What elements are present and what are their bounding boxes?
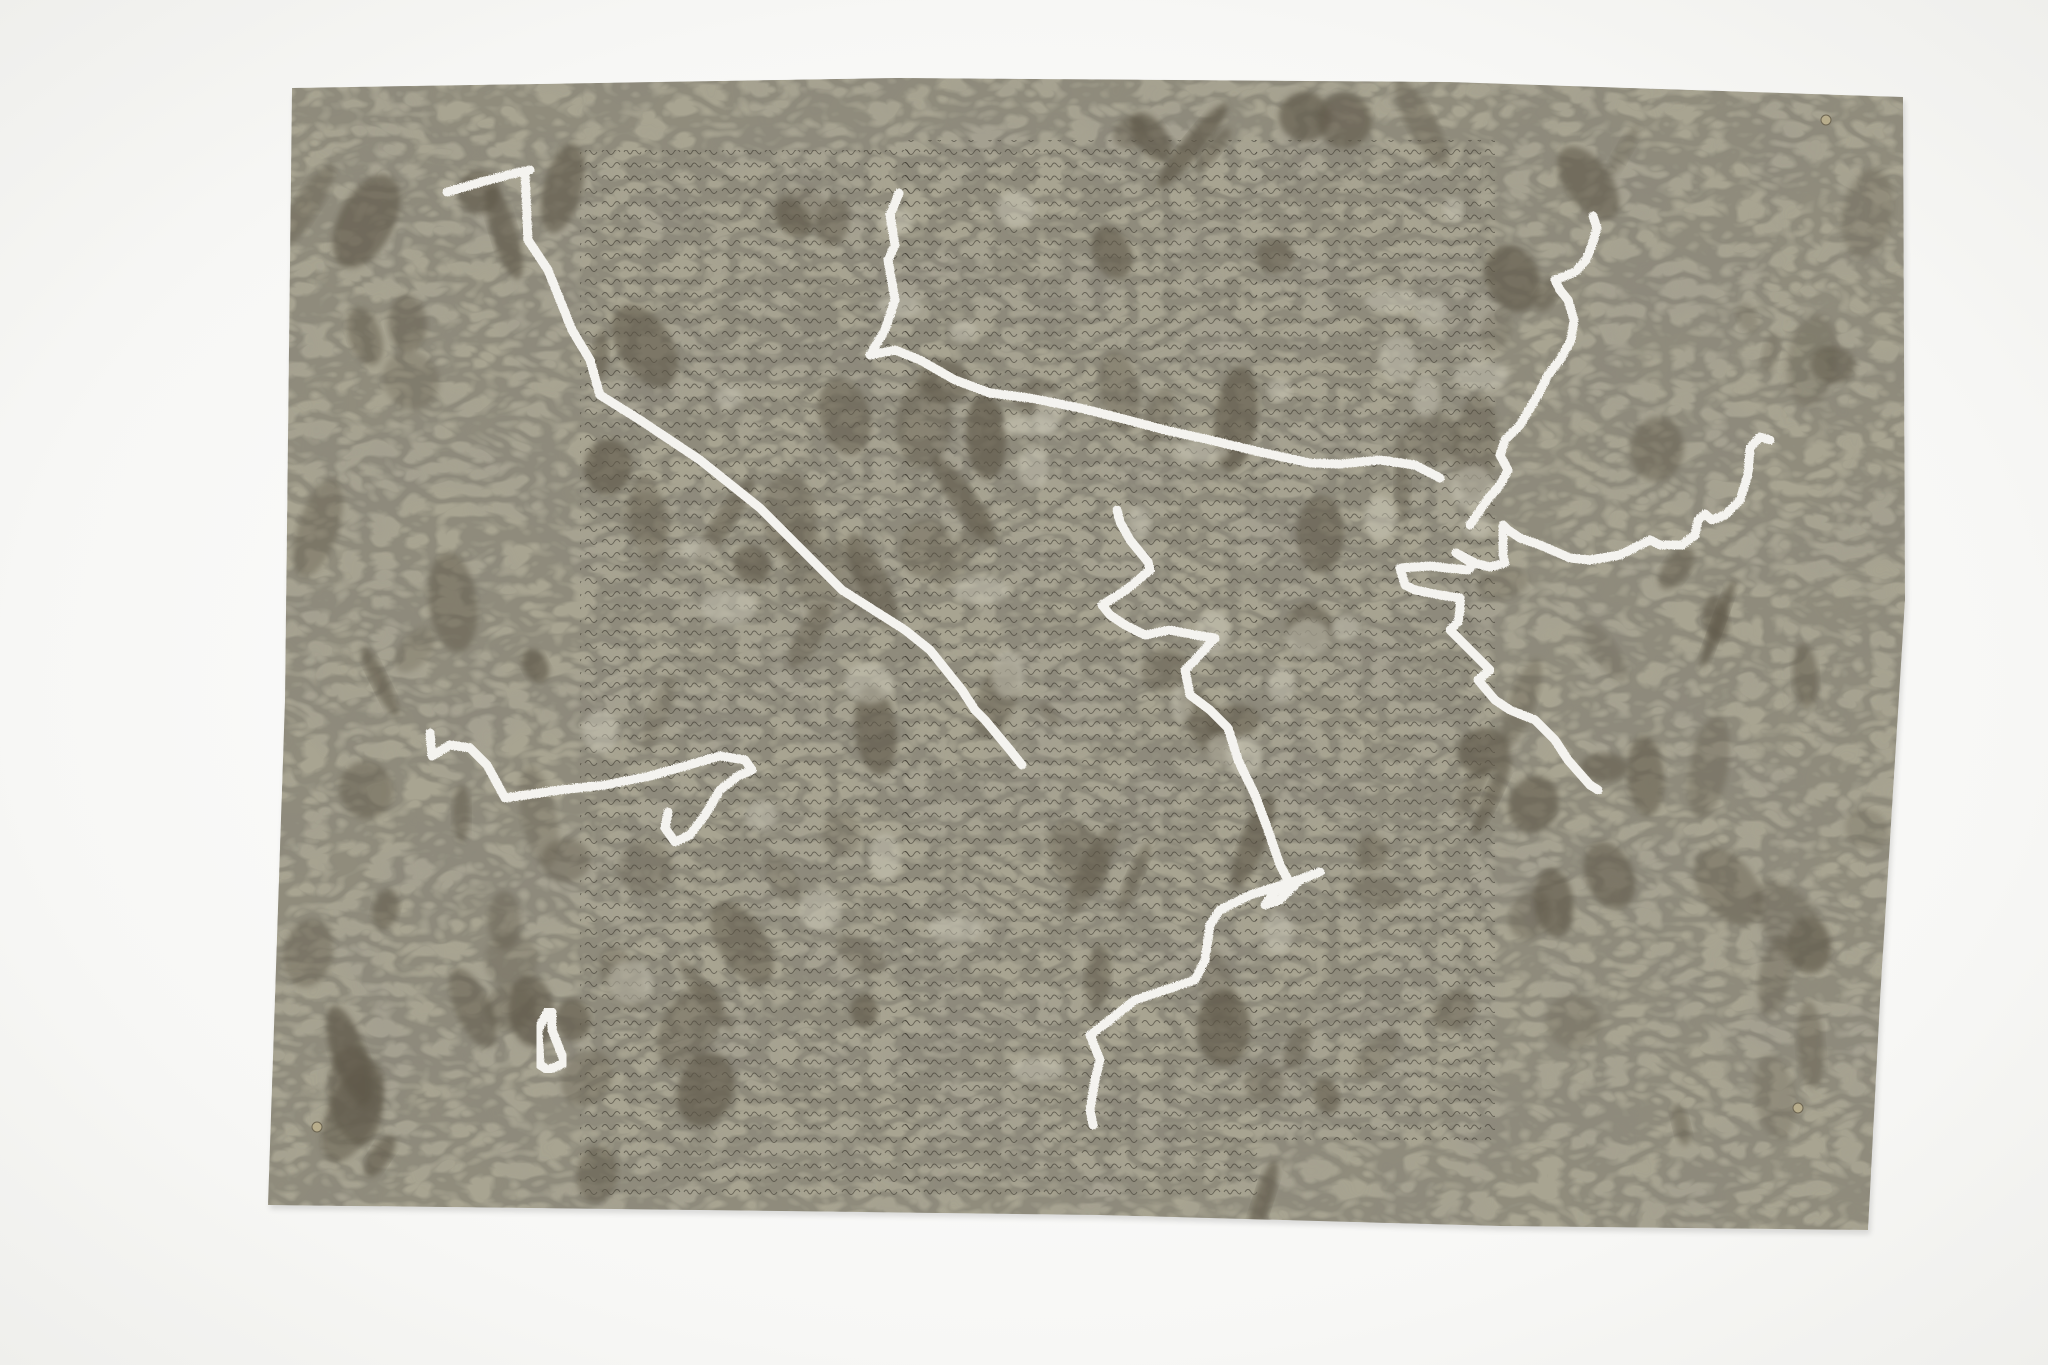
crumpled-manuscript-artwork: [0, 0, 2048, 1365]
paper-sheet: [200, 60, 1920, 1240]
pin-icon: [312, 1122, 322, 1132]
pin-icon: [1793, 1103, 1803, 1113]
pin-icon: [1821, 115, 1831, 125]
handwritten-text-columns: [580, 140, 1495, 1200]
artwork-photograph: [0, 0, 2048, 1365]
